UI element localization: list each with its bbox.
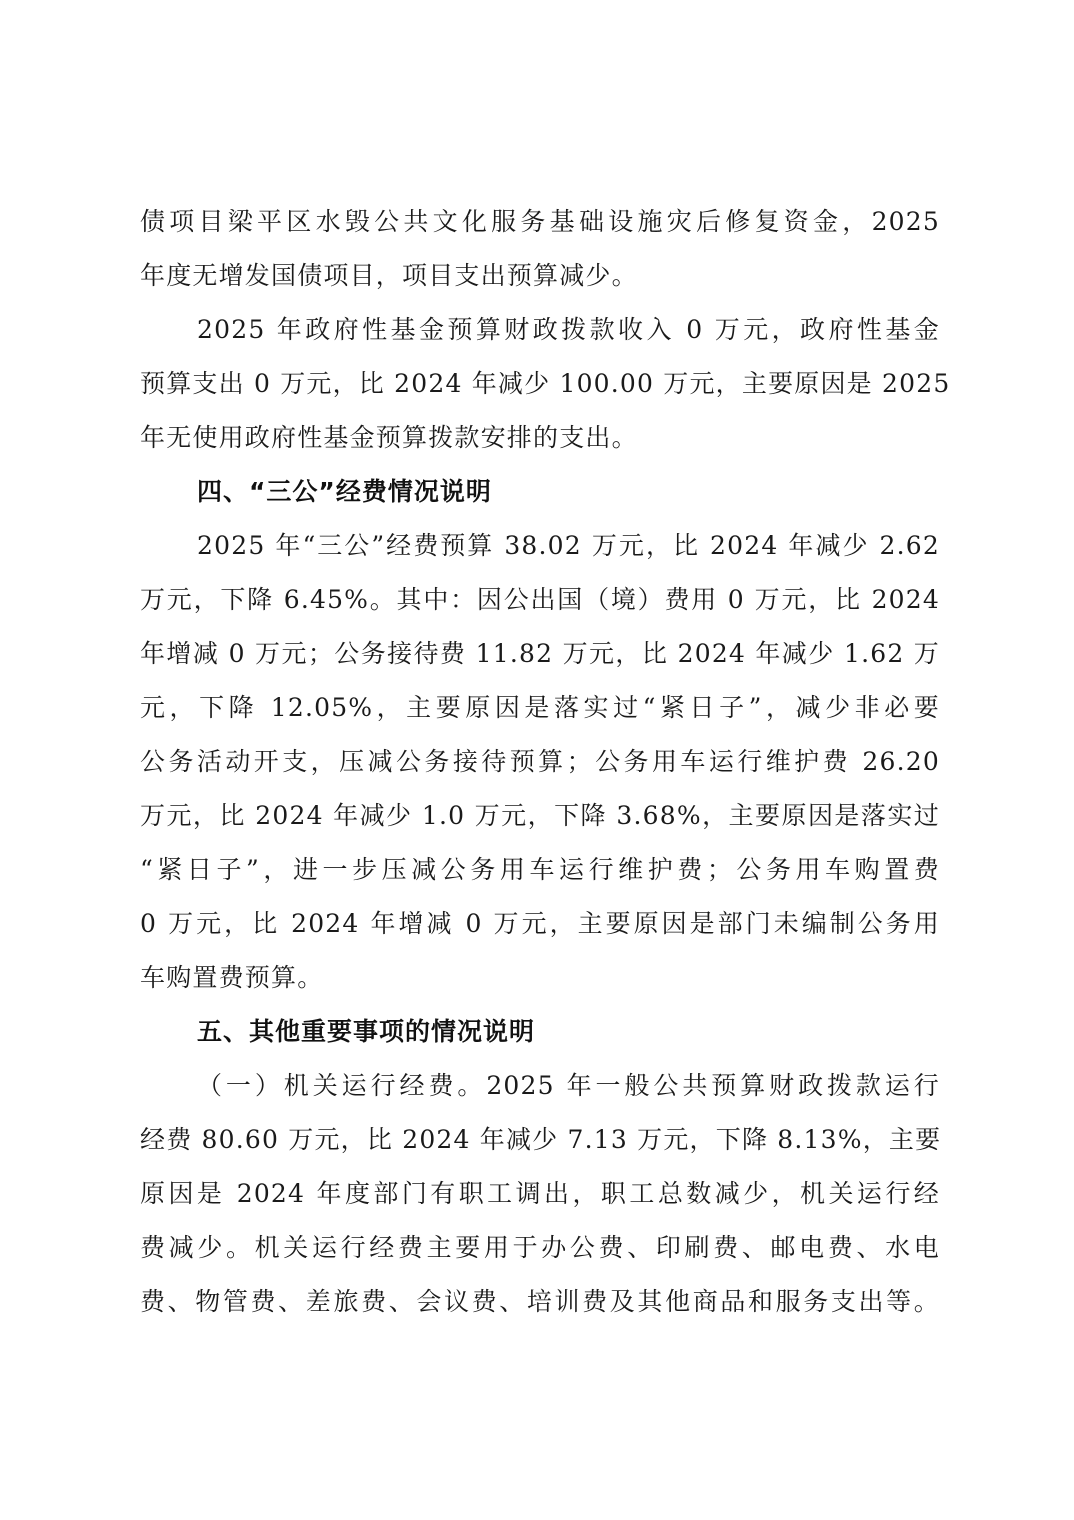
paragraph-3-line-5: 公务活动开支，压减公务接待预算；公务用车运行维护费 26.20	[140, 742, 940, 782]
section-heading-four: 四、“三公”经费情况说明	[197, 472, 940, 512]
paragraph-4-line-3: 原因是 2024 年度部门有职工调出，职工总数减少，机关运行经	[140, 1174, 940, 1214]
paragraph-3-line-2: 万元，下降 6.45%。其中：因公出国（境）费用 0 万元，比 2024	[140, 580, 940, 620]
section-heading-five: 五、其他重要事项的情况说明	[197, 1012, 940, 1052]
paragraph-2-line-1: 2025 年政府性基金预算财政拨款收入 0 万元，政府性基金	[197, 310, 940, 350]
paragraph-4-line-1: （一）机关运行经费。2025 年一般公共预算财政拨款运行	[197, 1066, 940, 1106]
paragraph-3-line-1: 2025 年“三公”经费预算 38.02 万元，比 2024 年减少 2.62	[197, 526, 940, 566]
paragraph-3-line-8: 0 万元，比 2024 年增减 0 万元，主要原因是部门未编制公务用	[140, 904, 940, 944]
paragraph-3-line-4: 元，下降 12.05%，主要原因是落实过“紧日子”，减少非必要	[140, 688, 940, 728]
paragraph-2-line-2: 预算支出 0 万元，比 2024 年减少 100.00 万元，主要原因是 202…	[140, 364, 940, 404]
paragraph-1-line-1: 债项目梁平区水毁公共文化服务基础设施灾后修复资金，2025	[140, 202, 940, 242]
document-page: 债项目梁平区水毁公共文化服务基础设施灾后修复资金，2025 年度无增发国债项目，…	[0, 0, 1074, 1520]
paragraph-4-line-2: 经费 80.60 万元，比 2024 年减少 7.13 万元，下降 8.13%，…	[140, 1120, 940, 1160]
paragraph-2-line-3: 年无使用政府性基金预算拨款安排的支出。	[140, 418, 940, 458]
paragraph-1-line-2: 年度无增发国债项目，项目支出预算减少。	[140, 256, 940, 296]
paragraph-3-line-6: 万元，比 2024 年减少 1.0 万元，下降 3.68%，主要原因是落实过	[140, 796, 940, 836]
paragraph-4-line-5: 费、物管费、差旅费、会议费、培训费及其他商品和服务支出等。	[140, 1282, 940, 1322]
paragraph-4-line-4: 费减少。机关运行经费主要用于办公费、印刷费、邮电费、水电	[140, 1228, 940, 1268]
paragraph-3-line-3: 年增减 0 万元；公务接待费 11.82 万元，比 2024 年减少 1.62 …	[140, 634, 940, 674]
paragraph-3-line-7: “紧日子”，进一步压减公务用车运行维护费；公务用车购置费	[140, 850, 940, 890]
paragraph-3-line-9: 车购置费预算。	[140, 958, 940, 998]
